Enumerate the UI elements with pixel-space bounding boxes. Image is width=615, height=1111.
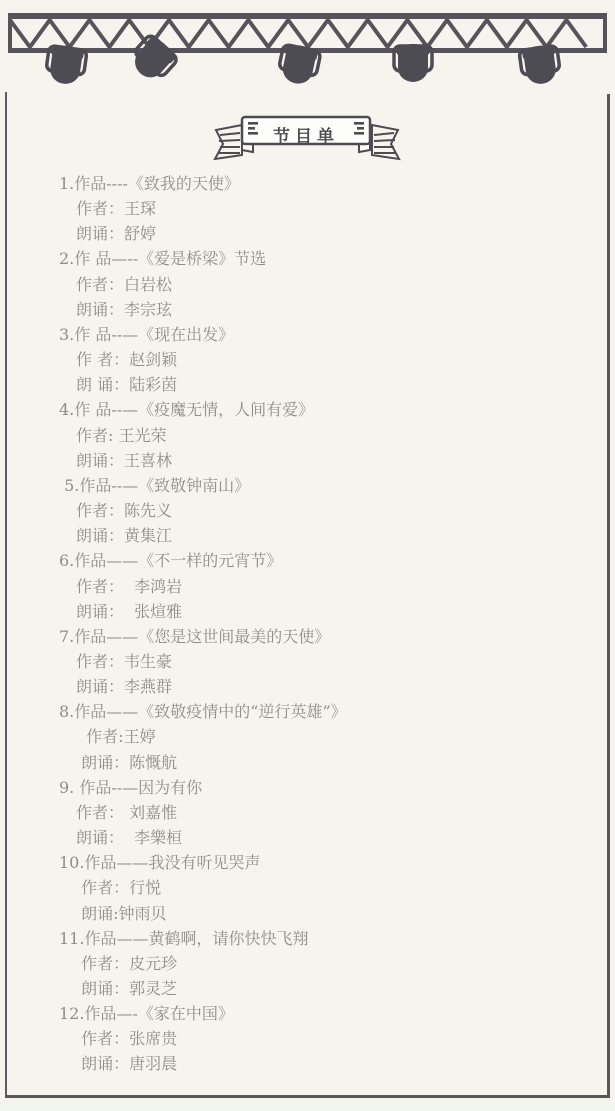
bottom-strip <box>0 1102 615 1111</box>
program-item: 7.作品——《您是这世间最美的天使》作者：韦生豪朗诵：李燕群 <box>59 624 615 699</box>
work-title-line: 2.作 品—--《爱是桥梁》节选 <box>59 246 615 271</box>
author-line: 作者：白岩松 <box>59 272 615 297</box>
reciter-line: 朗 诵：陆彩茵 <box>59 372 615 397</box>
stage-truss-illustration <box>0 0 615 100</box>
work-title-line: 11.作品——黄鹤啊，请你快快飞翔 <box>59 926 615 951</box>
program-item: 11.作品——黄鹤啊，请你快快飞翔 作者：皮元珍 朗诵：郭灵芝 <box>59 926 615 1001</box>
spotlight-icon <box>394 44 432 82</box>
author-line: 作者：陈先义 <box>59 498 615 523</box>
program-item: 3.作 品--—《现在出发》作 者：赵剑颖朗 诵：陆彩茵 <box>59 322 615 397</box>
program-item: 2.作 品—--《爱是桥梁》节选作者：白岩松朗诵：李宗玹 <box>59 246 615 321</box>
reciter-line: 朗诵：黄集江 <box>59 523 615 548</box>
spotlight-icon <box>519 43 562 86</box>
program-item: 8.作品——《致敬疫情中的“逆行英雄”》 作者:王婷 朗诵：陈慨航 <box>59 699 615 774</box>
work-title-line: 5.作品--—《致敬钟南山》 <box>59 473 615 498</box>
work-title-line: 6.作品——《不一样的元宵节》 <box>59 548 615 573</box>
author-line: 作 者：赵剑颖 <box>59 347 615 372</box>
work-title-line: 10.作品——我没有听见哭声 <box>59 850 615 875</box>
stage-truss-icon <box>0 0 615 100</box>
reciter-line: 朗诵：郭灵芝 <box>59 976 615 1001</box>
reciter-line: 朗诵：王喜林 <box>59 448 615 473</box>
program-item: 1.作品----《致我的天使》作者：王琛朗诵：舒婷 <box>59 171 615 246</box>
work-title-line: 8.作品——《致敬疫情中的“逆行英雄”》 <box>59 699 615 724</box>
author-line: 作者:王婷 <box>59 724 615 749</box>
program-item: 12.作品—-《家在中国》 作者：张席贵 朗诵：唐羽晨 <box>59 1001 615 1076</box>
reciter-line: 朗诵：舒婷 <box>59 221 615 246</box>
author-line: 作者： 刘嘉惟 <box>59 800 615 825</box>
program-list: 1.作品----《致我的天使》作者：王琛朗诵：舒婷2.作 品—--《爱是桥梁》节… <box>0 171 615 1077</box>
work-title-line: 4.作 品--—《疫魔无情，人间有爱》 <box>59 397 615 422</box>
work-title-line: 7.作品——《您是这世间最美的天使》 <box>59 624 615 649</box>
page-title: 节目单 <box>242 122 370 147</box>
author-line: 作者：韦生豪 <box>59 649 615 674</box>
program-title-banner: 节目单 <box>192 103 422 163</box>
frame-bottom-border <box>5 1095 610 1098</box>
work-title-line: 12.作品—-《家在中国》 <box>59 1001 615 1026</box>
program-item: 5.作品--—《致敬钟南山》作者：陈先义朗诵：黄集江 <box>59 473 615 548</box>
spotlight-icon <box>126 32 180 86</box>
reciter-line: 朗诵： 张煊雅 <box>59 599 615 624</box>
reciter-line: 朗诵： 李樂桓 <box>59 825 615 850</box>
author-line: 作者: 王光荣 <box>59 423 615 448</box>
work-title-line: 9. 作品--—因为有你 <box>59 775 615 800</box>
author-line: 作者： 李鸿岩 <box>59 574 615 599</box>
reciter-line: 朗诵:钟雨贝 <box>59 901 615 926</box>
program-item: 10.作品——我没有听见哭声 作者：行悦 朗诵:钟雨贝 <box>59 850 615 925</box>
author-line: 作者：张席贵 <box>59 1026 615 1051</box>
author-line: 作者：皮元珍 <box>59 951 615 976</box>
spotlight-icon <box>276 42 321 87</box>
work-title-line: 1.作品----《致我的天使》 <box>59 171 615 196</box>
author-line: 作者：王琛 <box>59 196 615 221</box>
reciter-line: 朗诵：李宗玹 <box>59 297 615 322</box>
program-item: 9. 作品--—因为有你作者： 刘嘉惟朗诵： 李樂桓 <box>59 775 615 850</box>
reciter-line: 朗诵：陈慨航 <box>59 750 615 775</box>
reciter-line: 朗诵：李燕群 <box>59 674 615 699</box>
spotlight-icon <box>44 43 87 86</box>
work-title-line: 3.作 品--—《现在出发》 <box>59 322 615 347</box>
program-item: 6.作品——《不一样的元宵节》作者： 李鸿岩朗诵： 张煊雅 <box>59 548 615 623</box>
program-item: 4.作 品--—《疫魔无情，人间有爱》作者: 王光荣朗诵：王喜林 <box>59 397 615 472</box>
reciter-line: 朗诵：唐羽晨 <box>59 1051 615 1076</box>
author-line: 作者：行悦 <box>59 875 615 900</box>
